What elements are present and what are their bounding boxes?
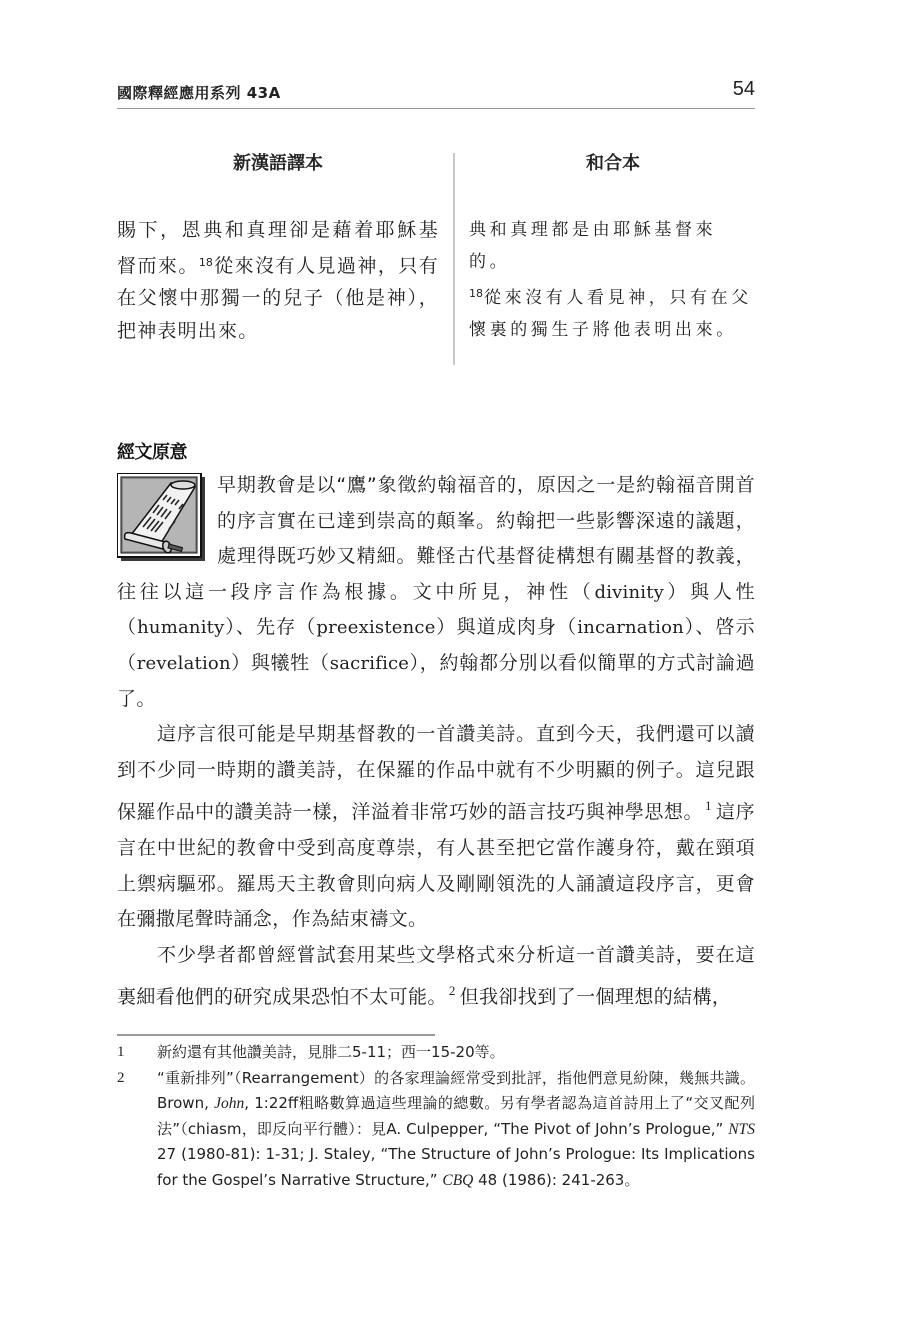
text-run: , 1:22ff粗略數算過這些理論的總數。另有學者認為這首詩用上了“交叉配列法”… [157, 1094, 755, 1138]
text-run: 這序言很可能是早期基督教的一首讚美詩。直到今天，我們還可以讀到不少同一時期的讚美… [117, 723, 755, 823]
series-title: 國際釋經應用系列 43A [117, 82, 281, 103]
italic-title: John [214, 1095, 244, 1112]
footnote-ref[interactable]: 1 [705, 798, 712, 813]
verse-number: 18 [469, 287, 483, 300]
latin-term: preexistence [316, 617, 435, 638]
text-segment: 從來沒有人看見神，只有在父懷裏的獨生子將他表明出來。 [469, 288, 752, 340]
translation-column-cnv: 新漢語譯本 賜下，恩典和真理卻是藉着耶穌基督而來。18從來沒有人見過神，只有在父… [117, 150, 439, 347]
translation-text: 典和真理都是由耶穌基督來的。18從來沒有人看見神，只有在父懷裏的獨生子將他表明出… [469, 214, 757, 346]
parallel-translations: 新漢語譯本 賜下，恩典和真理卻是藉着耶穌基督而來。18從來沒有人見過神，只有在父… [117, 150, 755, 368]
section-heading: 經文原意 [117, 438, 187, 464]
footnote-number: 1 [117, 1040, 125, 1066]
footnote-1: 1 新約還有其他讚美詩，見腓二5-11；西一15-20等。 [117, 1040, 755, 1066]
latin-term: divinity [594, 582, 664, 603]
footnote-ref[interactable]: 2 [449, 983, 456, 998]
latin-term: humanity [137, 617, 224, 638]
text-run: 但我卻找到了一個理想的結構， [460, 986, 732, 1008]
icon-spacer [117, 468, 217, 572]
text-segment: 典和真理都是由耶穌基督來的。 [469, 220, 716, 272]
footnote-number: 2 [117, 1066, 125, 1092]
page-number: 54 [733, 78, 755, 101]
running-header: 國際釋經應用系列 43A 54 [117, 80, 755, 109]
verse-number: 18 [199, 256, 213, 269]
translation-column-cuv: 和合本 典和真理都是由耶穌基督來的。18從來沒有人看見神，只有在父懷裏的獨生子將… [469, 150, 757, 346]
column-title: 新漢語譯本 [117, 150, 439, 178]
text-run: ）、先存（ [224, 616, 316, 638]
italic-title: NTS [728, 1121, 755, 1138]
footnotes: 1 新約還有其他讚美詩，見腓二5-11；西一15-20等。 2 “重新排列”（R… [117, 1040, 755, 1193]
text-run: ）與道成肉身（ [436, 616, 578, 638]
footnote-text: 新約還有其他讚美詩，見腓二5-11；西一15-20等。 [157, 1043, 505, 1061]
translation-text: 賜下，恩典和真理卻是藉着耶穌基督而來。18從來沒有人見過神，只有在父懷中那獨一的… [117, 214, 439, 347]
footnote-text: “重新排列”（Rearrangement）的各家理論經常受到批評，指他們意見紛陳… [157, 1069, 755, 1189]
latin-term: revelation [137, 653, 231, 674]
latin-term: incarnation [577, 617, 684, 638]
text-run: 48 (1986): 241-263。 [473, 1171, 639, 1189]
paragraph: 這序言很可能是早期基督教的一首讚美詩。直到今天，我們還可以讀到不少同一時期的讚美… [117, 717, 755, 938]
column-title: 和合本 [469, 150, 757, 178]
footnote-2: 2 “重新排列”（Rearrangement）的各家理論經常受到批評，指他們意見… [117, 1066, 755, 1194]
footnote-divider [117, 1034, 435, 1036]
text-run: ）與犧牲（ [231, 652, 330, 674]
italic-title: CBQ [442, 1172, 473, 1189]
commentary-body: 早期教會是以“鷹”象徵約翰福音的，原因之一是約翰福音開首的序言實在已達到崇高的顛… [117, 468, 755, 1016]
paragraph: 不少學者都曾經嘗試套用某些文學格式來分析這一首讚美詩，要在這裏細看他們的研究成果… [117, 938, 755, 1016]
latin-term: sacrifice [330, 653, 409, 674]
column-divider [453, 153, 455, 365]
